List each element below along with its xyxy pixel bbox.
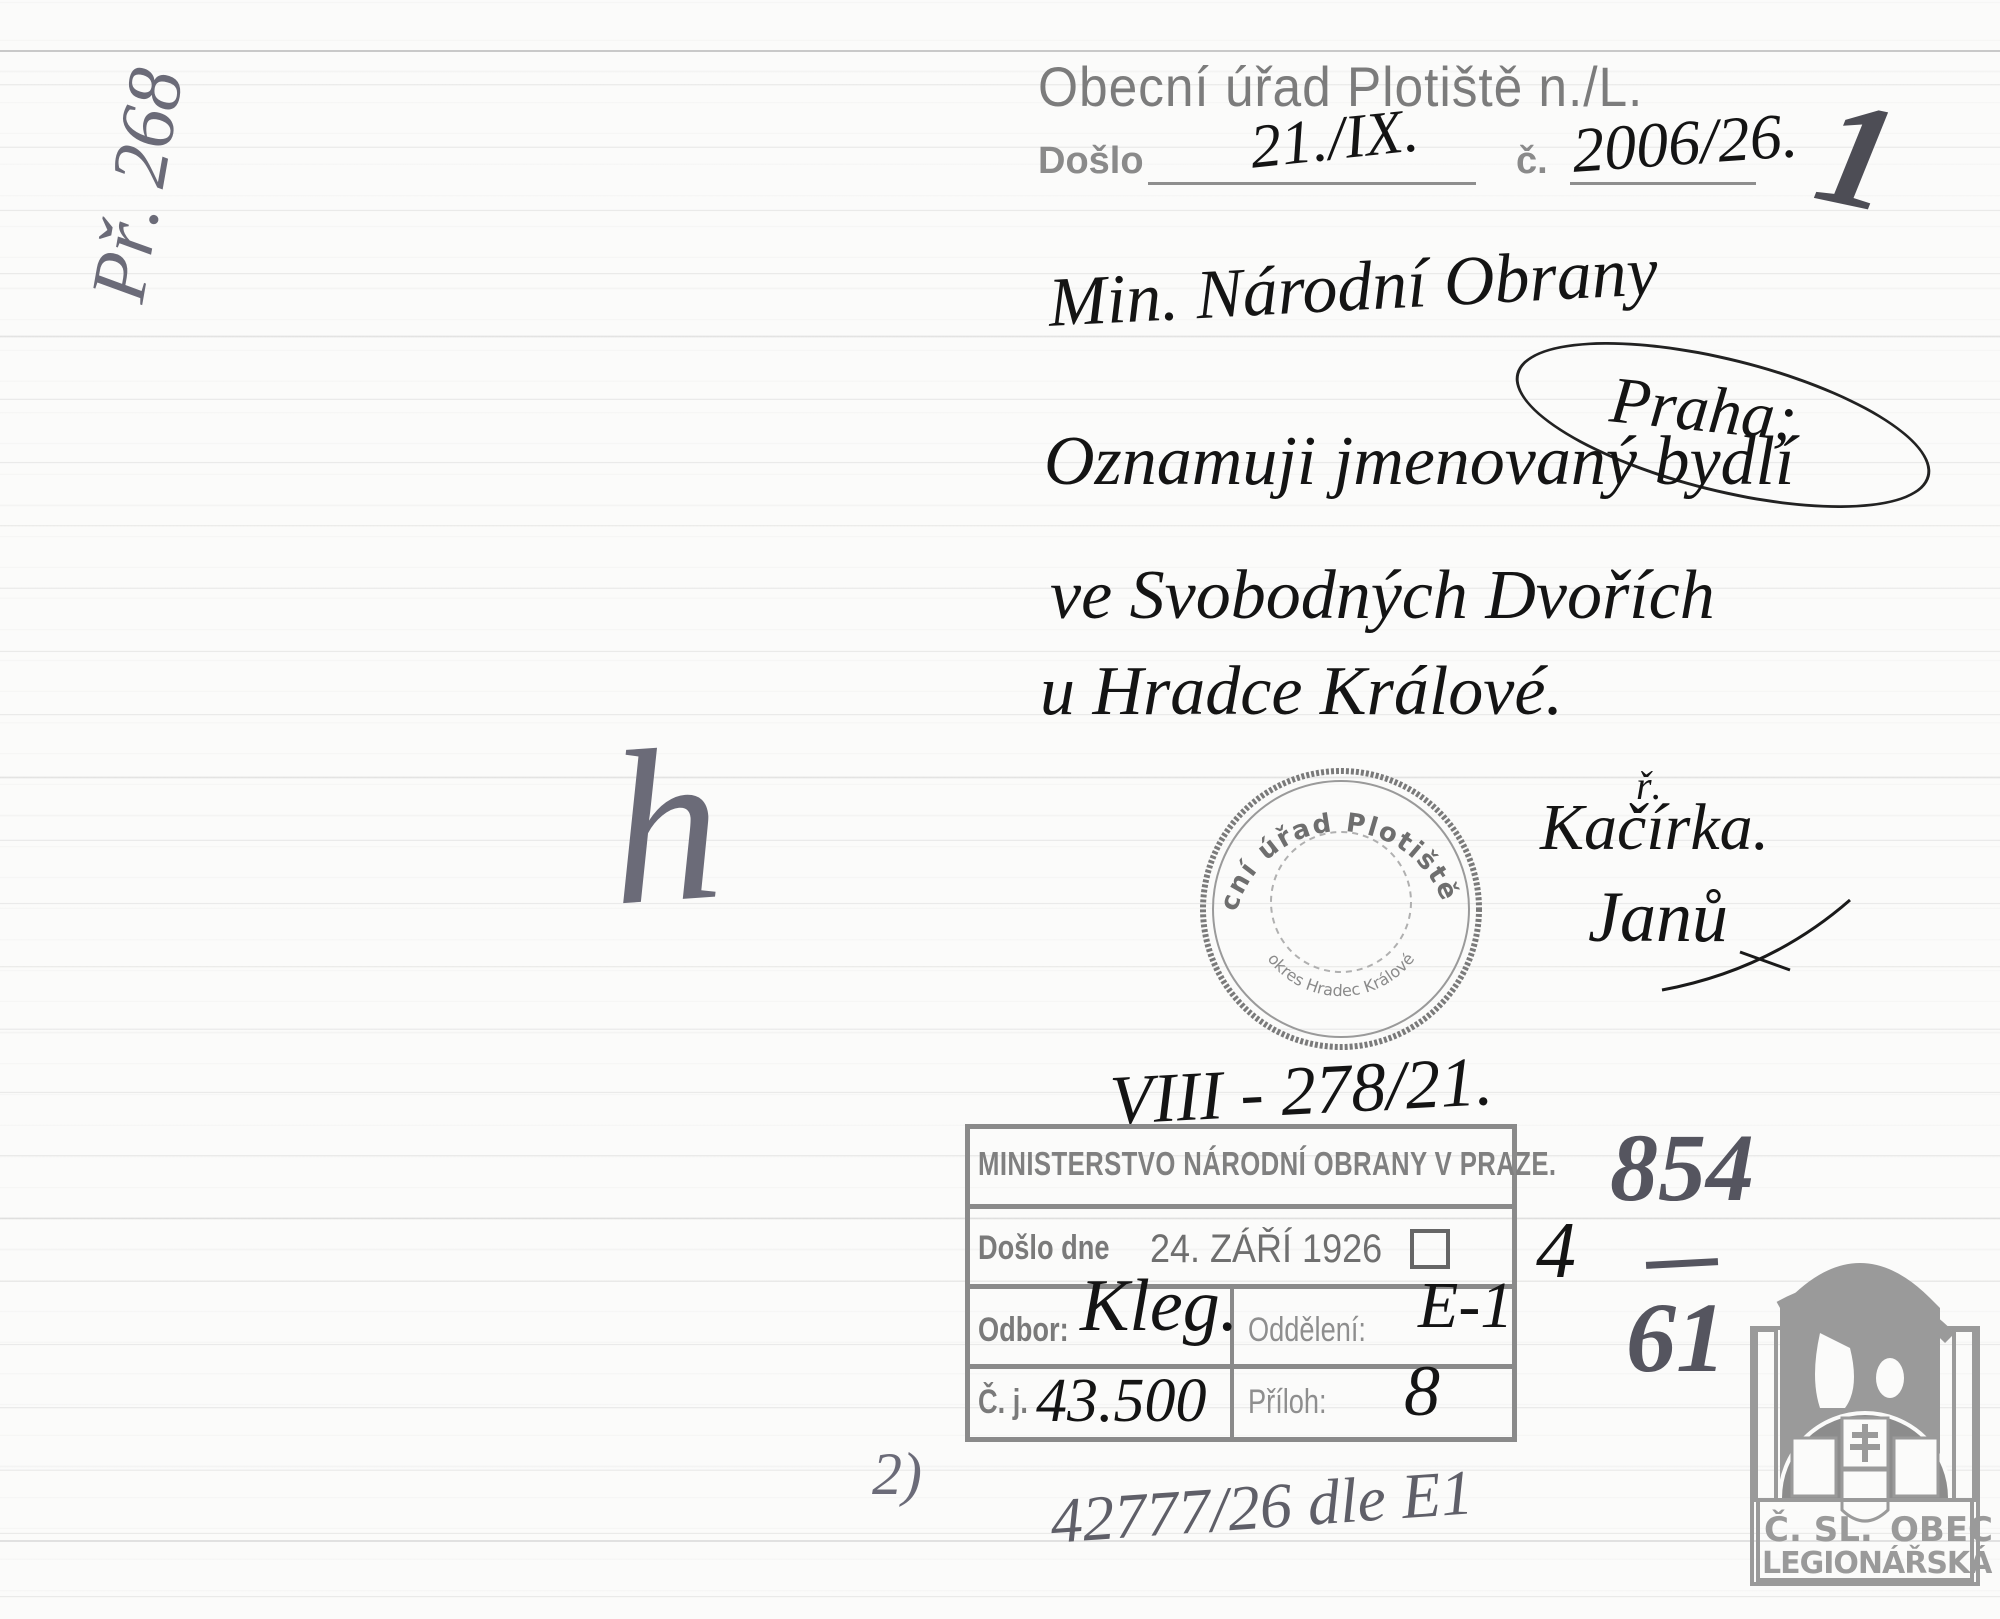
stamp-received-label: Došlo dne — [978, 1229, 1109, 1268]
svg-text:Obecní úřad Plotiště n/L.: Obecní úřad Plotiště n/L. — [1196, 764, 1468, 916]
center-pencil-mark: h — [601, 696, 728, 956]
logo-text-right: OBEC — [1890, 1510, 1993, 1550]
cj-value: 43.500 — [1036, 1366, 1207, 1437]
round-municipal-stamp: Obecní úřad Plotiště n/L. okres Hradec K… — [1196, 764, 1486, 1054]
registry-number: 2006/26. — [1570, 98, 1800, 188]
number-label: č. — [1516, 140, 1548, 183]
stamp-title: MINISTERSTVO NÁRODNÍ OBRANY V PRAZE. — [978, 1145, 1556, 1183]
stamp-checkbox — [1410, 1229, 1450, 1269]
stamp-oddeleni-label: Oddělení: — [1248, 1311, 1366, 1350]
oddeleni-value: E-1 — [1418, 1268, 1513, 1344]
signature-1: Kačírka. — [1540, 790, 1769, 866]
ruled-line — [0, 50, 2000, 52]
stamp-odbor-label: Odbor: — [978, 1311, 1069, 1350]
body-line-3: u Hradce Králové. — [1040, 652, 1563, 732]
received-label: Došlo — [1038, 140, 1144, 183]
prilohy-value: 8 — [1404, 1350, 1440, 1433]
legion-logo: Č. SL. OBEC LEGIONÁŘSKÁ — [1750, 1238, 1980, 1588]
body-line-1: Oznamuji jmenovaný bydlí — [1044, 422, 1794, 502]
right-margin-number: 4 — [1536, 1206, 1576, 1297]
stamp-cj-label: Č. j. — [978, 1383, 1028, 1422]
fraction-bottom: 61 — [1626, 1280, 1726, 1395]
stamp-prilohy-label: Příloh: — [1248, 1383, 1327, 1422]
bottom-left-mark: 2) — [872, 1440, 922, 1509]
logo-text-left: Č. SL. — [1764, 1510, 1873, 1550]
body-line-2: ve Svobodných Dvořích — [1050, 556, 1715, 636]
logo-text-bottom: LEGIONÁŘSKÁ — [1762, 1546, 1991, 1581]
odbor-value: Kleg. — [1080, 1264, 1238, 1349]
received-underline — [1148, 182, 1476, 185]
stamp-title-row: MINISTERSTVO NÁRODNÍ OBRANY V PRAZE. — [970, 1129, 1512, 1209]
signature-flourish — [1650, 880, 1880, 1000]
ruled-line — [0, 1540, 2000, 1542]
fraction-top: 854 — [1610, 1112, 1754, 1223]
svg-text:okres Hradec Králové: okres Hradec Králové — [1264, 949, 1418, 1000]
